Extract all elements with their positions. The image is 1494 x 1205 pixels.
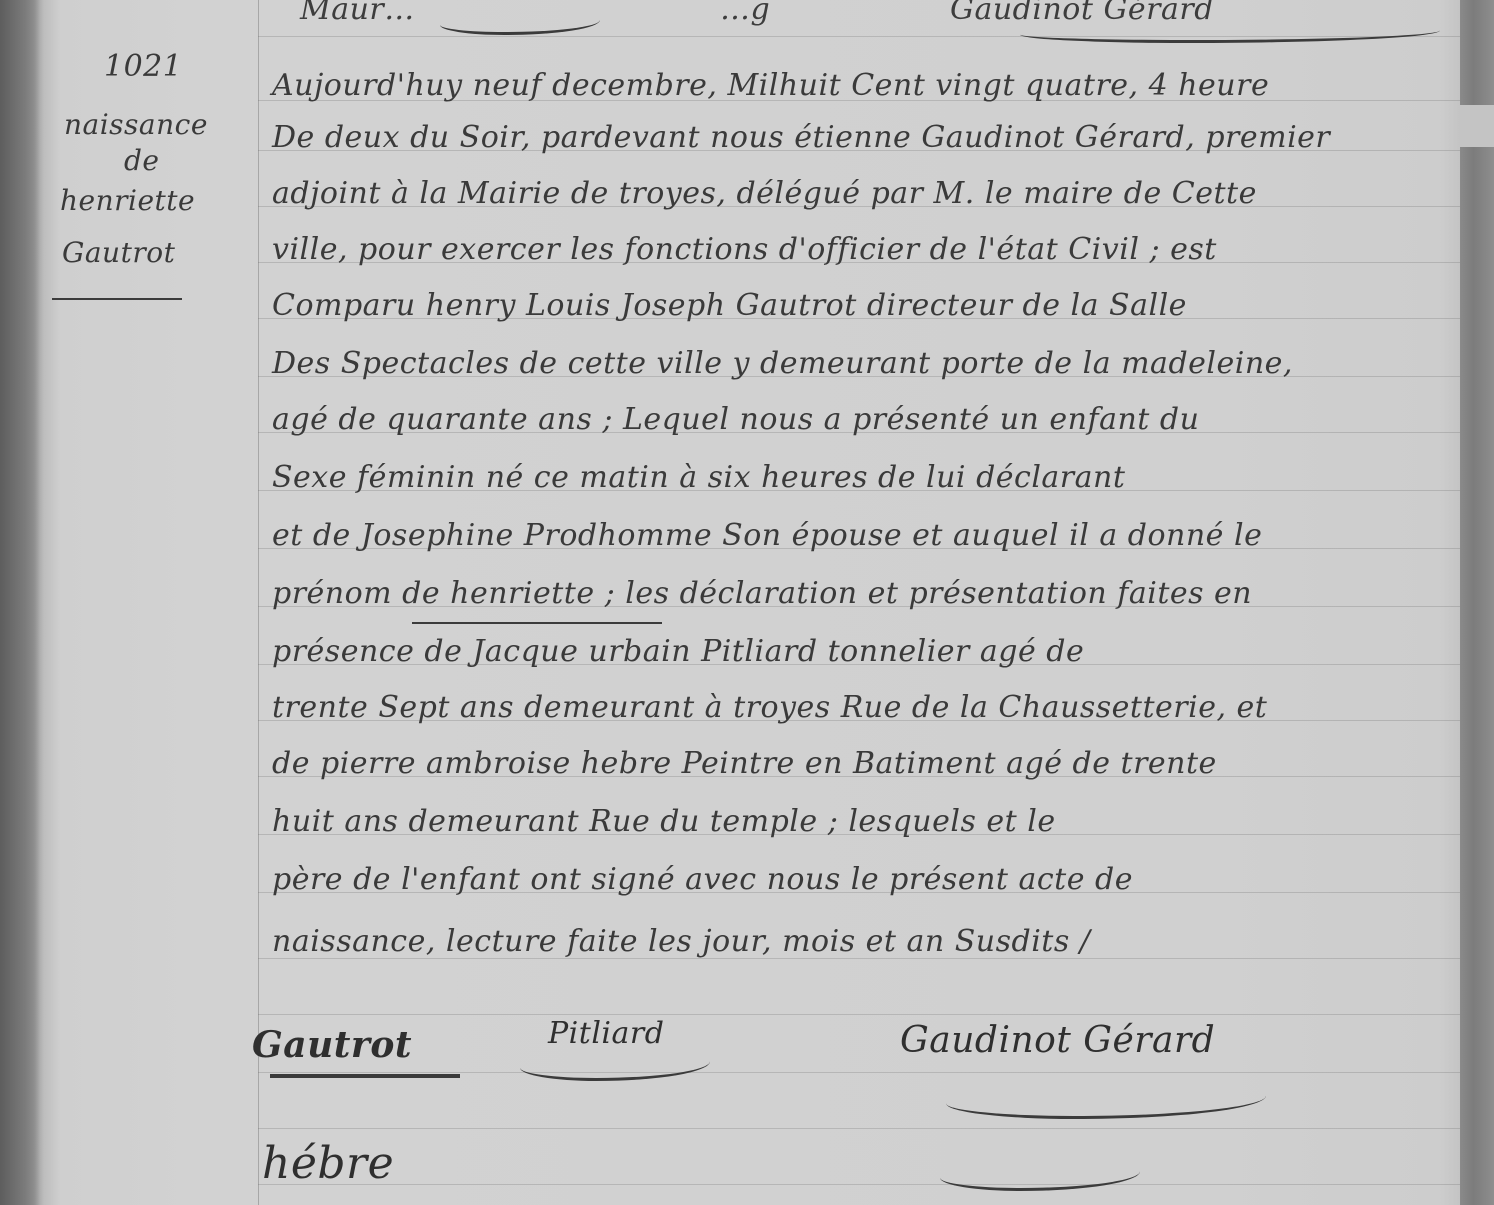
ruled-line xyxy=(258,1072,1460,1073)
body-line-12: trente Sept ans demeurant à troyes Rue d… xyxy=(272,690,1267,726)
signature-witness-2: hébre xyxy=(262,1138,394,1189)
signature-officer: Gaudinot Gérard xyxy=(900,1020,1215,1061)
signature-flourish xyxy=(520,1048,710,1081)
body-line-16: naissance, lecture faite les jour, mois … xyxy=(272,924,1090,960)
body-line-1: Aujourd'huy neuf decembre, Milhuit Cent … xyxy=(272,68,1269,104)
body-line-7: agé de quarante ans ; Lequel nous a prés… xyxy=(272,402,1199,438)
body-line-4: ville, pour exercer les fonctions d'offi… xyxy=(272,232,1217,268)
page-right-edge xyxy=(1460,0,1494,1205)
previous-record-signature-left: Maur… xyxy=(300,0,415,27)
body-line-15: père de l'enfant ont signé avec nous le … xyxy=(272,862,1133,898)
margin-label-firstname: henriette xyxy=(60,184,195,218)
body-line-10: prénom de henriette ; les déclaration et… xyxy=(272,576,1252,612)
signature-flourish xyxy=(946,1080,1266,1119)
body-line-14: huit ans demeurant Rue du temple ; lesqu… xyxy=(272,804,1056,840)
signature-flourish xyxy=(1020,22,1440,43)
body-line-13: de pierre ambroise hebre Peintre en Bati… xyxy=(272,746,1217,782)
record-number: 1021 xyxy=(104,50,182,84)
ruled-line xyxy=(258,1014,1460,1015)
signature-father: Gautrot xyxy=(252,1024,412,1066)
signature-flourish xyxy=(440,10,600,35)
margin-label-surname: Gautrot xyxy=(62,236,175,270)
body-line-6: Des Spectacles de cette ville y demeuran… xyxy=(272,346,1293,382)
signature-witness-1: Pitliard xyxy=(548,1016,664,1051)
body-line-11: présence de Jacque urbain Pitliard tonne… xyxy=(272,634,1084,670)
body-line-3: adjoint à la Mairie de troyes, délégué p… xyxy=(272,176,1257,212)
body-line-8: Sexe féminin né ce matin à six heures de… xyxy=(272,460,1125,496)
margin-label-de: de xyxy=(124,144,160,178)
body-line-9: et de Josephine Prodhomme Son épouse et … xyxy=(272,518,1262,554)
ruled-line xyxy=(258,1128,1460,1129)
binding-shadow xyxy=(0,0,40,1205)
margin-label-naissance: naissance xyxy=(64,108,208,142)
body-line-2: De deux du Soir, pardevant nous étienne … xyxy=(272,120,1330,156)
page-edge-notch xyxy=(1460,105,1494,147)
firstname-underline xyxy=(412,622,662,624)
signature-underline xyxy=(270,1074,460,1078)
signature-flourish xyxy=(940,1158,1140,1191)
previous-record-fragment: …g xyxy=(720,0,770,27)
ruled-line xyxy=(258,1184,1460,1185)
margin-underline xyxy=(52,298,182,300)
document-page: Maur… …g Gaudinot Gérard 1021 naissance … xyxy=(0,0,1494,1205)
body-line-5: Comparu henry Louis Joseph Gautrot direc… xyxy=(272,288,1187,324)
